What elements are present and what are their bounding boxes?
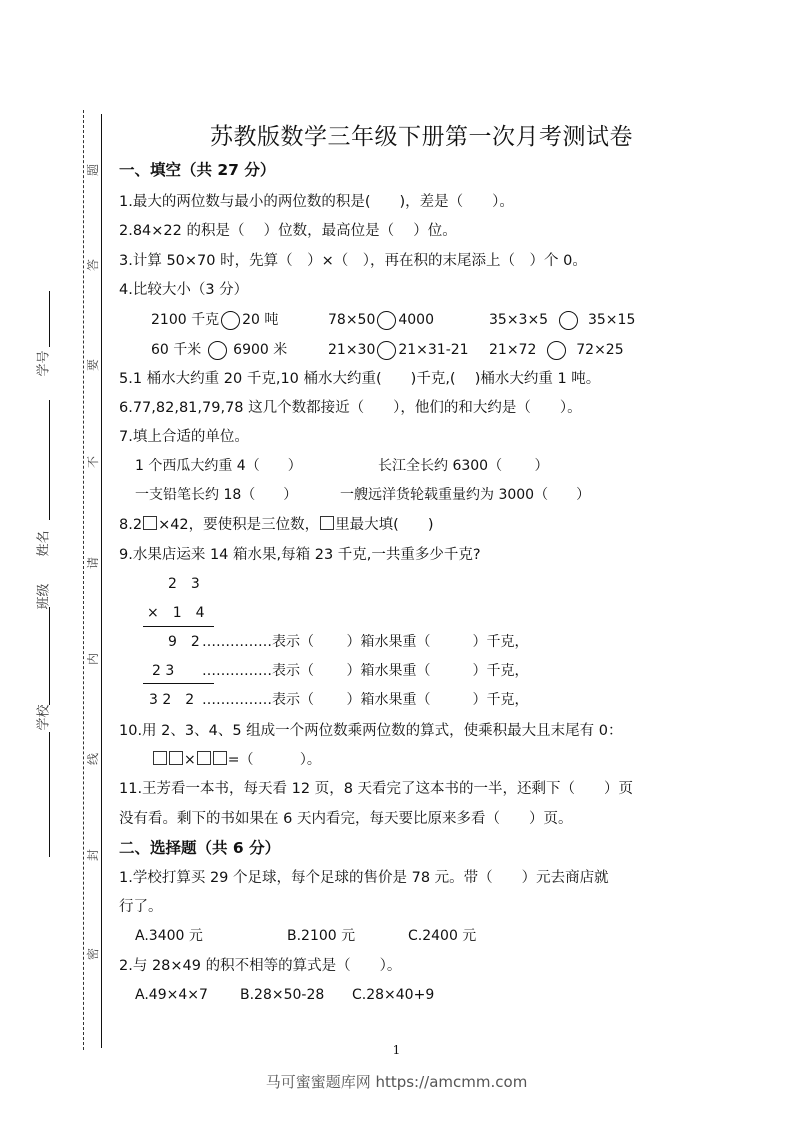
question-1-1: 1.最大的两位数与最小的两位数的积是( )，差是（ ）。 (119, 192, 514, 212)
question-1-4-stem: 4.比较大小（3 分） (119, 280, 248, 300)
question-2-1-line2: 行了。 (119, 897, 163, 917)
compare-left: 35×3×5 (489, 312, 553, 328)
option-a[interactable]: A.49×4×7 (135, 985, 208, 1005)
section-1-heading: 一、填空（共 27 分） (119, 160, 275, 180)
seal-char: 答 (86, 258, 100, 272)
compare-circle[interactable] (377, 311, 396, 330)
question-2-1-line1: 1.学校打算买 29 个足球，每个足球的售价是 78 元。带（ ）元去商店就 (119, 868, 609, 888)
seal-char: 内 (86, 652, 100, 666)
calc-sum: 3 2 2 (149, 690, 194, 710)
student-id-line[interactable] (49, 291, 50, 347)
compare-circle[interactable] (377, 341, 396, 360)
blank-square[interactable] (153, 751, 167, 765)
calc-explain: ……………表示（ ）箱水果重（ ）千克， (202, 690, 528, 710)
compare-left: 2100 千克 (151, 312, 219, 328)
question-1-9-stem: 9.水果店运来 14 箱水果,每箱 23 千克,一共重多少千克? (119, 545, 481, 565)
calc-partial-2: 2 3 (152, 661, 174, 681)
seal-solid-line (101, 114, 102, 1048)
student-id-label: 学号 (33, 346, 52, 382)
question-1-10-equation: ×=（ ）。 (152, 750, 321, 770)
blank-square[interactable] (213, 751, 227, 765)
unit-item: 1 个西瓜大约重 4（ ） (135, 456, 302, 476)
seal-char: 题 (86, 163, 100, 177)
unit-item: 一艘远洋货轮载重量约为 3000（ ） (340, 485, 590, 505)
calc-explain: ……………表示（ ）箱水果重（ ）千克， (202, 661, 528, 681)
compare-left: 60 千米 (151, 342, 206, 358)
school-label: 学校 (33, 700, 52, 736)
option-c[interactable]: C.2400 元 (408, 926, 476, 946)
compare-item: 2100 千克20 吨 (151, 310, 278, 330)
compare-right: 4000 (398, 312, 434, 328)
calc-multiplicand: 2 3 (168, 574, 200, 594)
blank-square[interactable] (320, 516, 334, 530)
name-label: 姓名 (33, 526, 52, 562)
compare-circle[interactable] (221, 311, 240, 330)
option-a[interactable]: A.3400 元 (135, 926, 203, 946)
footer-watermark: 马可蜜蜜题库网 https://amcmm.com (0, 1071, 793, 1092)
compare-left: 21×72 (489, 342, 541, 358)
page-title: 苏教版数学三年级下册第一次月考测试卷 (0, 118, 793, 151)
option-b[interactable]: B.2100 元 (287, 926, 355, 946)
compare-item: 35×3×5 35×15 (489, 310, 635, 330)
fold-dashed-line (83, 110, 84, 1050)
compare-item: 21×72 72×25 (489, 340, 624, 360)
question-1-10-stem: 10.用 2、3、4、5 组成一个两位数乘两位数的算式，使乘积最大且末尾有 0： (119, 721, 623, 741)
seal-char: 线 (86, 752, 100, 766)
compare-circle[interactable] (559, 311, 578, 330)
calc-rule (143, 626, 214, 627)
unit-item: 长江全长约 6300（ ） (378, 456, 549, 476)
compare-left: 78×50 (328, 312, 375, 328)
option-b[interactable]: B.28×50-28 (240, 985, 324, 1005)
question-1-2: 2.84×22 的积是（ ）位数，最高位是（ ）位。 (119, 221, 457, 241)
section-2-heading: 二、选择题（共 6 分） (119, 838, 280, 858)
question-1-11-line2: 没有看。剩下的书如果在 6 天内看完，每天要比原来多看（ ）页。 (119, 809, 572, 829)
compare-right: 20 吨 (242, 312, 278, 328)
times-sign: × (184, 752, 196, 768)
class-line[interactable] (49, 607, 50, 705)
seal-char: 密 (86, 947, 100, 961)
compare-circle[interactable] (208, 341, 227, 360)
question-1-6: 6.77,82,81,79,78 这几个数都接近（ ），他们的和大约是（ ）。 (119, 398, 582, 418)
question-1-5: 5.1 桶水大约重 20 千克,10 桶水大约重( )千克,( )桶水大约重 1… (119, 369, 600, 389)
compare-item: 21×3021×31-21 (328, 340, 469, 360)
compare-item: 78×504000 (328, 310, 434, 330)
seal-char: 要 (86, 358, 100, 372)
blank-square[interactable] (143, 516, 157, 530)
calc-rule (143, 683, 214, 684)
page-number: 1 (0, 1043, 793, 1057)
q8-suffix: 里最大填( ) (335, 517, 433, 533)
school-line[interactable] (49, 732, 50, 857)
question-1-11-line1: 11.王芳看一本书，每天看 12 页，8 天看完了这本书的一半，还剩下（ ）页 (119, 779, 633, 799)
option-c[interactable]: C.28×40+9 (352, 985, 434, 1005)
compare-right: 35×15 (584, 312, 636, 328)
compare-circle[interactable] (547, 341, 566, 360)
seal-char: 不 (86, 455, 100, 469)
question-1-3: 3.计算 50×70 时，先算（ ）×（ ），再在积的末尾添上（ ）个 0。 (119, 251, 587, 271)
equation-tail: =（ ）。 (228, 752, 321, 768)
compare-right: 72×25 (572, 342, 624, 358)
calc-multiplier: × 1 4 (147, 603, 205, 623)
compare-right: 6900 米 (229, 342, 288, 358)
compare-item: 60 千米 6900 米 (151, 340, 287, 360)
name-line[interactable] (49, 400, 50, 520)
question-2-2-stem: 2.与 28×49 的积不相等的算式是（ ）。 (119, 956, 401, 976)
q8-middle: ×42，要使积是三位数， (158, 517, 319, 533)
q8-prefix: 8.2 (119, 517, 142, 533)
calc-explain: ……………表示（ ）箱水果重（ ）千克， (202, 632, 528, 652)
blank-square[interactable] (197, 751, 211, 765)
compare-left: 21×30 (328, 342, 375, 358)
compare-right: 21×31-21 (398, 342, 468, 358)
calc-partial-1: 9 2 (168, 632, 200, 652)
blank-square[interactable] (169, 751, 183, 765)
unit-item: 一支铅笔长约 18（ ） (135, 485, 297, 505)
question-1-8: 8.2×42，要使积是三位数，里最大填( ) (119, 515, 434, 535)
seal-char: 封 (86, 848, 100, 862)
seal-char: 请 (86, 556, 100, 570)
question-1-7-stem: 7.填上合适的单位。 (119, 427, 249, 447)
